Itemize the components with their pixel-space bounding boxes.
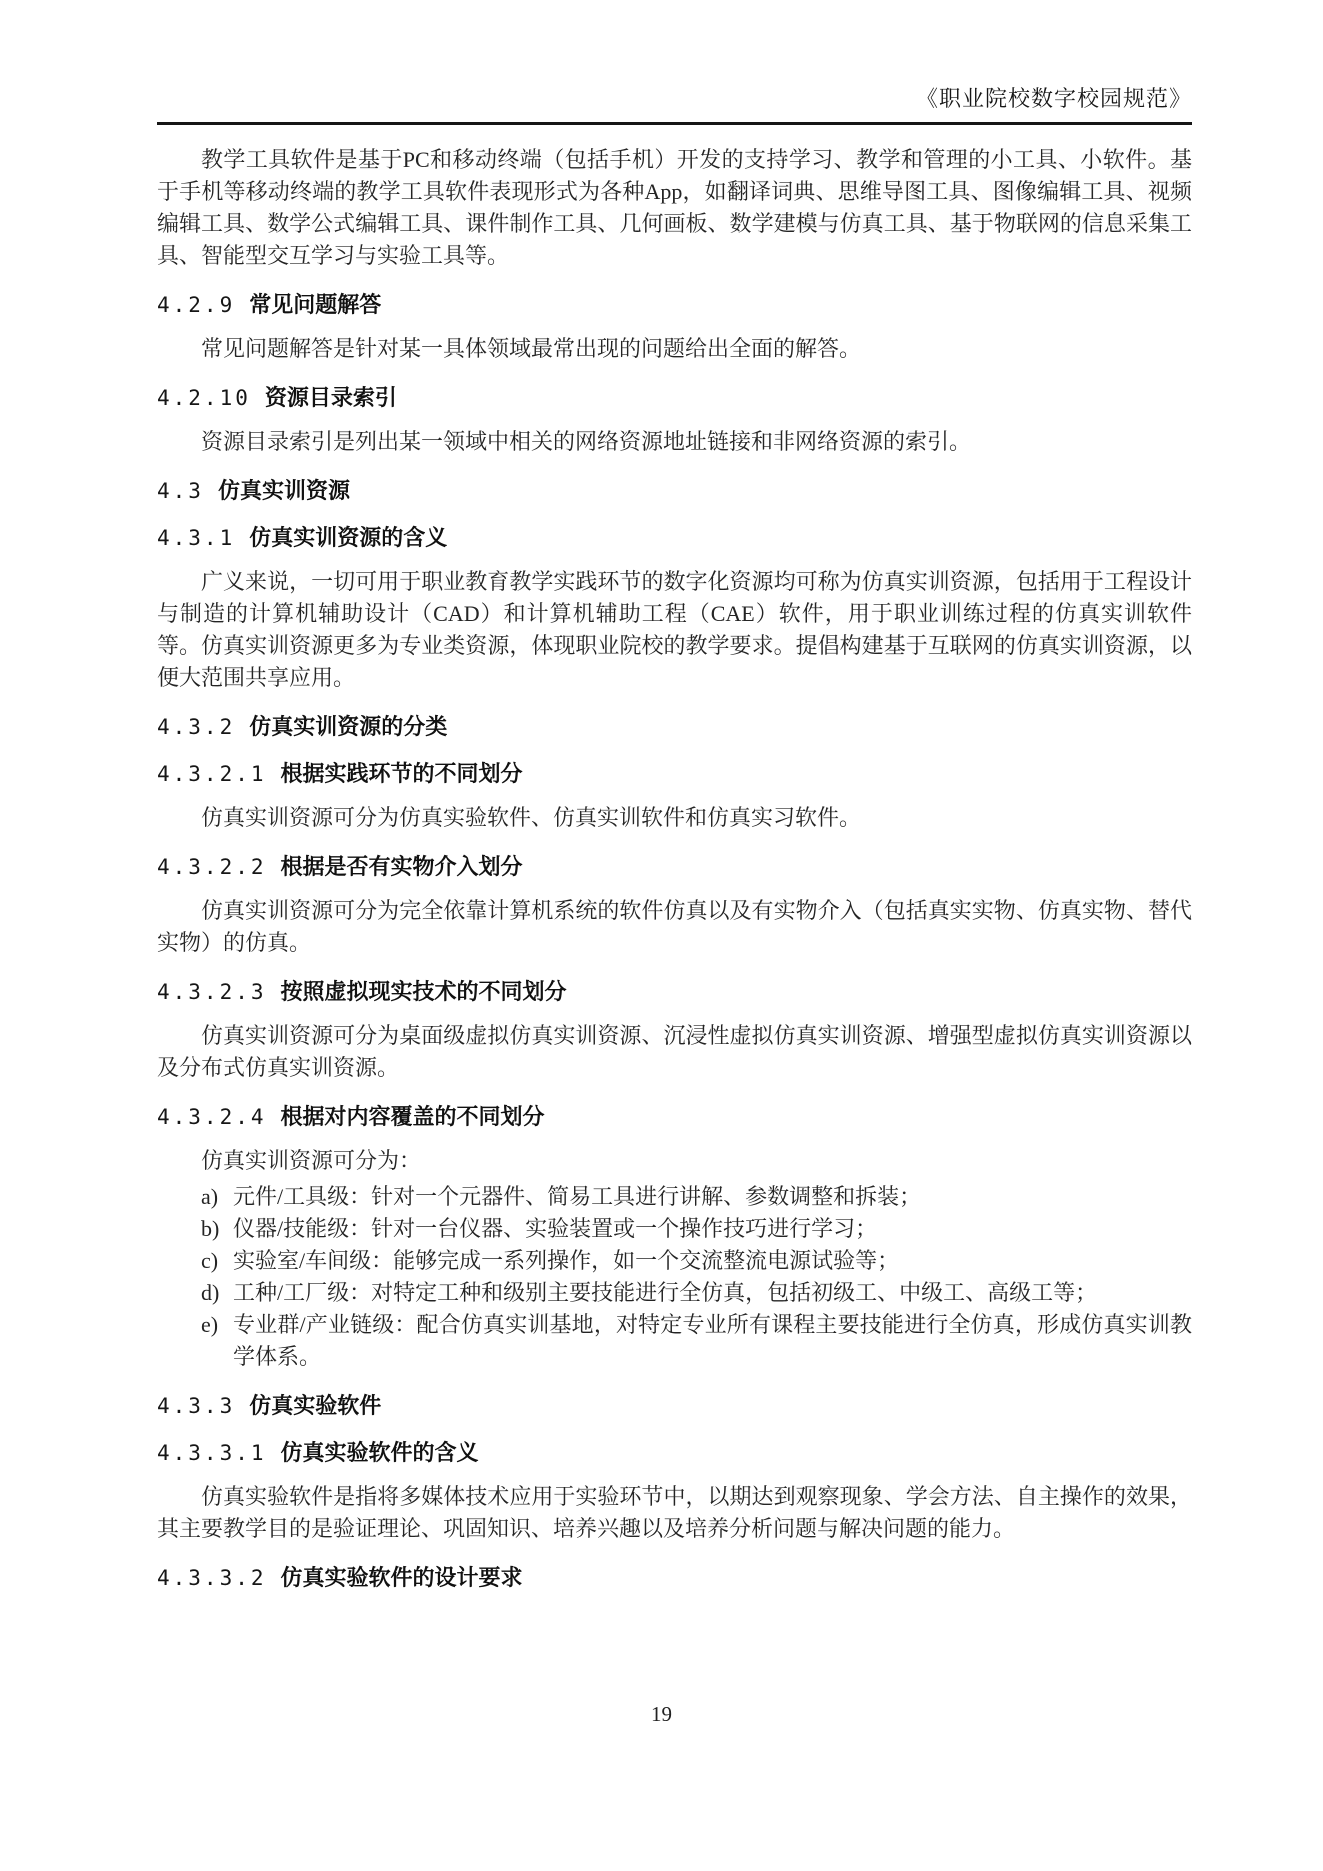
list-item-text: 实验室/车间级：能够完成一系列操作，如一个交流整流电源试验等；: [233, 1245, 1192, 1277]
list-item-text: 元件/工具级：针对一个元器件、简易工具进行讲解、参数调整和拆装；: [233, 1181, 1192, 1213]
paragraph-faq: 常见问题解答是针对某一具体领域最常出现的问题给出全面的解答。: [157, 333, 1192, 365]
heading-4-3-3-1: 4.3.3.1仿真实验软件的含义: [157, 1439, 1192, 1467]
heading-number: 4.3.1: [157, 526, 235, 550]
heading-number: 4.2.10: [157, 386, 251, 410]
list-item-text: 仪器/技能级：针对一台仪器、实验装置或一个操作技巧进行学习；: [233, 1213, 1192, 1245]
list-item-text: 工种/工厂级：对特定工种和级别主要技能进行全仿真，包括初级工、中级工、高级工等；: [233, 1277, 1192, 1309]
heading-title: 根据是否有实物介入划分: [281, 854, 523, 879]
list-marker: c): [201, 1245, 233, 1277]
heading-4-3-2-1: 4.3.2.1根据实践环节的不同划分: [157, 760, 1192, 788]
document-content: 教学工具软件是基于PC和移动终端（包括手机）开发的支持学习、教学和管理的小工具、…: [157, 125, 1192, 1592]
list-marker: a): [201, 1181, 233, 1213]
heading-title: 仿真实训资源的分类: [249, 714, 447, 739]
list-item-b: b) 仪器/技能级：针对一台仪器、实验装置或一个操作技巧进行学习；: [157, 1213, 1192, 1245]
heading-title: 资源目录索引: [265, 385, 397, 410]
paragraph-resource-index: 资源目录索引是列出某一领域中相关的网络资源地址链接和非网络资源的索引。: [157, 426, 1192, 458]
heading-4-3-2-3: 4.3.2.3按照虚拟现实技术的不同划分: [157, 978, 1192, 1006]
paragraph-vr-division: 仿真实训资源可分为桌面级虚拟仿真实训资源、沉浸性虚拟仿真实训资源、增强型虚拟仿真…: [157, 1020, 1192, 1084]
list-item-a: a) 元件/工具级：针对一个元器件、简易工具进行讲解、参数调整和拆装；: [157, 1181, 1192, 1213]
heading-title: 仿真实验软件的设计要求: [281, 1565, 523, 1590]
classification-list: a) 元件/工具级：针对一个元器件、简易工具进行讲解、参数调整和拆装； b) 仪…: [157, 1181, 1192, 1373]
heading-4-2-9: 4.2.9常见问题解答: [157, 291, 1192, 319]
heading-title: 仿真实训资源: [218, 478, 350, 503]
heading-title: 仿真实验软件的含义: [281, 1440, 479, 1465]
heading-4-3: 4.3仿真实训资源: [157, 477, 1192, 505]
list-marker: b): [201, 1213, 233, 1245]
heading-number: 4.3.2.1: [157, 762, 267, 786]
heading-title: 仿真实训资源的含义: [249, 525, 447, 550]
heading-4-2-10: 4.2.10资源目录索引: [157, 384, 1192, 412]
document-title: 《职业院校数字校园规范》: [916, 86, 1192, 111]
heading-number: 4.3.3.2: [157, 1566, 267, 1590]
paragraph-list-intro: 仿真实训资源可分为：: [157, 1145, 1192, 1177]
heading-4-3-2-4: 4.3.2.4根据对内容覆盖的不同划分: [157, 1103, 1192, 1131]
heading-4-3-3: 4.3.3仿真实验软件: [157, 1392, 1192, 1420]
list-item-text: 专业群/产业链级：配合仿真实训基地，对特定专业所有课程主要技能进行全仿真，形成仿…: [233, 1309, 1192, 1373]
paragraph-experiment-software-meaning: 仿真实验软件是指将多媒体技术应用于实验环节中，以期达到观察现象、学会方法、自主操…: [157, 1481, 1192, 1545]
heading-title: 仿真实验软件: [249, 1393, 381, 1418]
heading-number: 4.3: [157, 479, 204, 503]
heading-title: 根据实践环节的不同划分: [281, 761, 523, 786]
paragraph-physical-division: 仿真实训资源可分为完全依靠计算机系统的软件仿真以及有实物介入（包括真实实物、仿真…: [157, 895, 1192, 959]
heading-title: 常见问题解答: [249, 292, 381, 317]
heading-4-3-2-2: 4.3.2.2根据是否有实物介入划分: [157, 853, 1192, 881]
heading-title: 按照虚拟现实技术的不同划分: [281, 979, 567, 1004]
heading-number: 4.3.2.4: [157, 1105, 267, 1129]
list-item-e: e) 专业群/产业链级：配合仿真实训基地，对特定专业所有课程主要技能进行全仿真，…: [157, 1309, 1192, 1373]
heading-4-3-1: 4.3.1仿真实训资源的含义: [157, 524, 1192, 552]
paragraph-teaching-tools: 教学工具软件是基于PC和移动终端（包括手机）开发的支持学习、教学和管理的小工具、…: [157, 144, 1192, 272]
heading-number: 4.3.2: [157, 715, 235, 739]
page-header: 《职业院校数字校园规范》: [157, 0, 1192, 125]
heading-number: 4.3.3.1: [157, 1441, 267, 1465]
heading-number: 4.3.2.2: [157, 855, 267, 879]
list-marker: e): [201, 1309, 233, 1373]
heading-number: 4.3.3: [157, 1394, 235, 1418]
list-item-c: c) 实验室/车间级：能够完成一系列操作，如一个交流整流电源试验等；: [157, 1245, 1192, 1277]
heading-4-3-3-2: 4.3.3.2仿真实验软件的设计要求: [157, 1564, 1192, 1592]
list-marker: d): [201, 1277, 233, 1309]
list-item-d: d) 工种/工厂级：对特定工种和级别主要技能进行全仿真，包括初级工、中级工、高级…: [157, 1277, 1192, 1309]
heading-number: 4.3.2.3: [157, 980, 267, 1004]
document-page: 《职业院校数字校园规范》 教学工具软件是基于PC和移动终端（包括手机）开发的支持…: [0, 0, 1323, 1871]
paragraph-simulation-meaning: 广义来说，一切可用于职业教育教学实践环节的数字化资源均可称为仿真实训资源，包括用…: [157, 566, 1192, 694]
paragraph-practice-division: 仿真实训资源可分为仿真实验软件、仿真实训软件和仿真实习软件。: [157, 802, 1192, 834]
heading-title: 根据对内容覆盖的不同划分: [281, 1104, 545, 1129]
heading-4-3-2: 4.3.2仿真实训资源的分类: [157, 713, 1192, 741]
heading-number: 4.2.9: [157, 293, 235, 317]
page-number: 19: [0, 1702, 1323, 1727]
